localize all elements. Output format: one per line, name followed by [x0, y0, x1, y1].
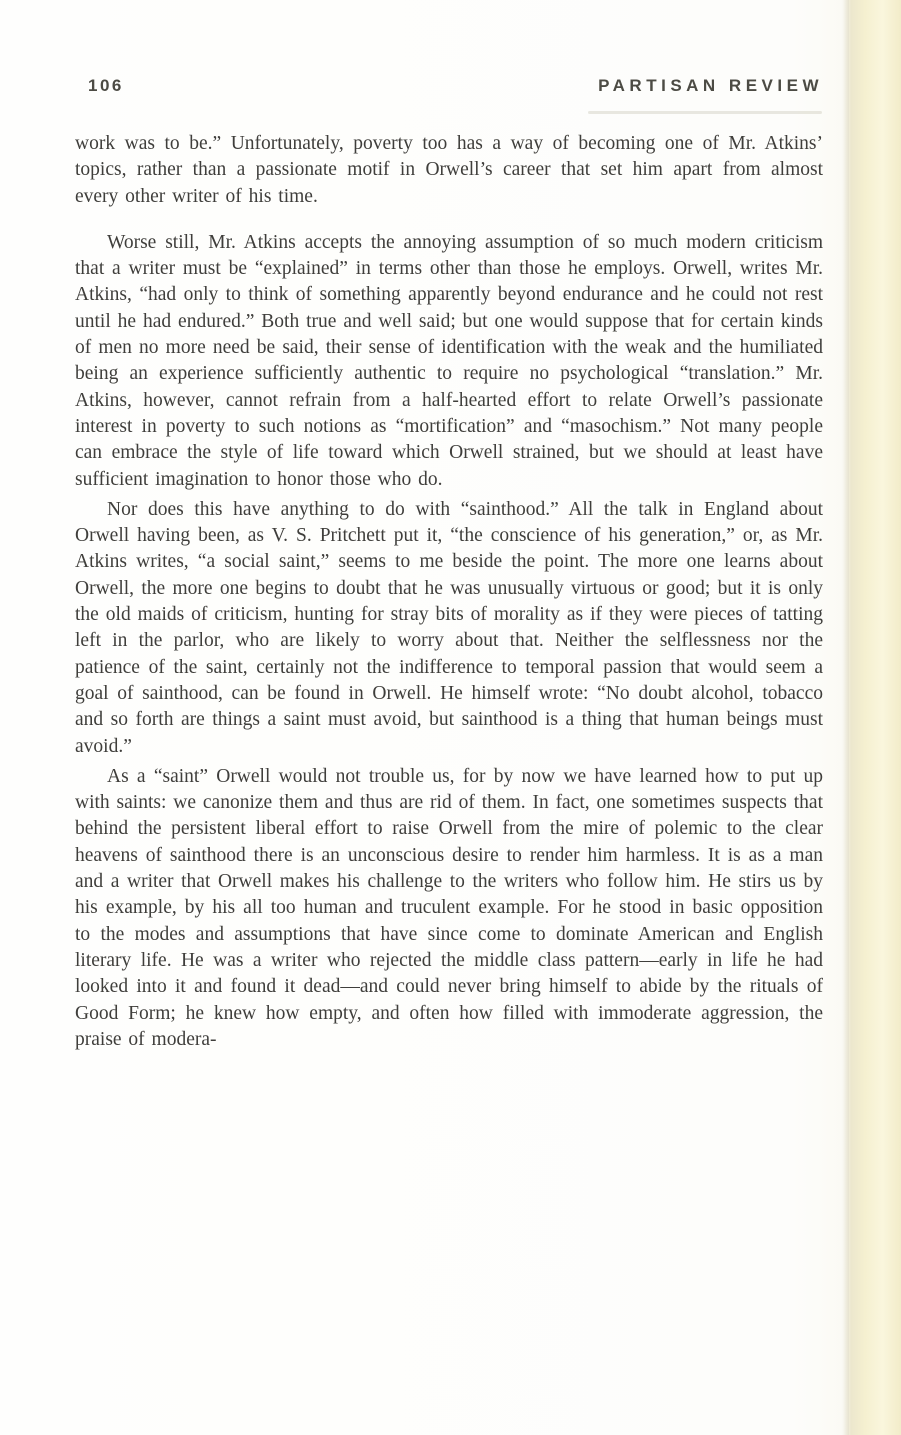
page-header: 106 PARTISAN REVIEW [75, 76, 823, 96]
header-faint-rule [588, 111, 822, 114]
page-edge-shadow [841, 0, 849, 1435]
scanned-page: 106 PARTISAN REVIEW work was to be.” Unf… [0, 0, 901, 1435]
page-edge-cream-strip [843, 0, 901, 1435]
paragraph: Worse still, Mr. Atkins accepts the anno… [75, 230, 823, 493]
essay-body-text: work was to be.” Unfortunately, poverty … [75, 131, 823, 1057]
paragraph: As a “saint” Orwell would not trouble us… [75, 764, 823, 1053]
paragraph: work was to be.” Unfortunately, poverty … [75, 131, 823, 210]
page-number: 106 [88, 76, 124, 96]
journal-title: PARTISAN REVIEW [598, 76, 823, 96]
paragraph: Nor does this have anything to do with “… [75, 497, 823, 760]
